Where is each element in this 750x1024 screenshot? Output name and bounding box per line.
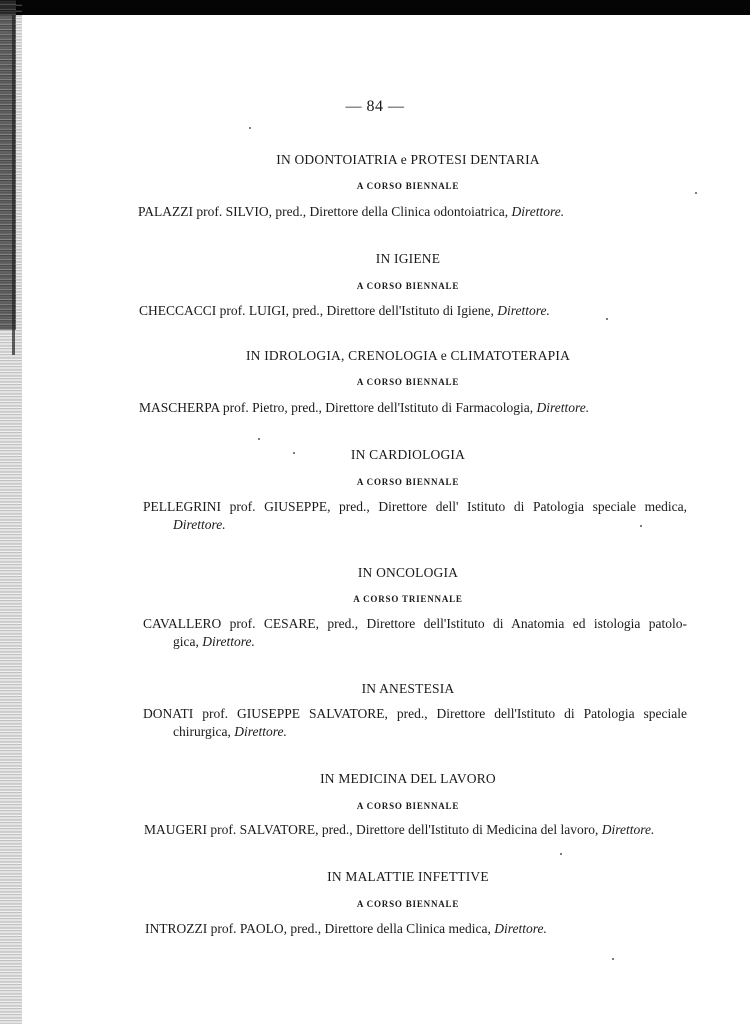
scanned-page: — 84 — IN ODONTOIATRIA e PROTESI DENTARI… — [0, 0, 750, 1024]
entry-role: Direttore. — [202, 634, 255, 649]
entry-role: Direttore. — [512, 204, 565, 219]
course-duration: A CORSO BIENNALE — [0, 899, 750, 909]
course-duration: A CORSO TRIENNALE — [0, 594, 750, 604]
course-duration: A CORSO BIENNALE — [0, 801, 750, 811]
entry-text-line2: Direttore. — [143, 516, 687, 534]
faculty-entry: MASCHERPA prof. Pietro, pred., Direttore… — [139, 399, 687, 417]
scan-speck — [606, 318, 608, 320]
scan-speck — [560, 853, 562, 855]
section-heading-cardiologia: IN CARDIOLOGIA — [0, 447, 750, 463]
scan-speck — [293, 452, 295, 454]
section-heading-odontoiatria: IN ODONTOIATRIA e PROTESI DENTARIA — [0, 152, 750, 168]
faculty-entry: CAVALLERO prof. CESARE, pred., Direttore… — [143, 615, 687, 651]
scan-top-border — [0, 0, 750, 15]
faculty-entry: MAUGERI prof. SALVATORE, pred., Direttor… — [144, 821, 704, 839]
entry-text-line1: PELLEGRINI prof. GIUSEPPE, pred., Dirett… — [143, 498, 687, 516]
course-duration: A CORSO BIENNALE — [0, 477, 750, 487]
entry-text-line1: CAVALLERO prof. CESARE, pred., Direttore… — [143, 615, 687, 633]
course-duration: A CORSO BIENNALE — [0, 281, 750, 291]
entry-text: INTROZZI prof. PAOLO, pred., Direttore d… — [145, 921, 491, 936]
entry-text-line2: gica, Direttore. — [143, 633, 687, 651]
entry-text: MASCHERPA prof. Pietro, pred., Direttore… — [139, 400, 533, 415]
entry-role: Direttore. — [497, 303, 550, 318]
faculty-entry: PALAZZI prof. SILVIO, pred., Direttore d… — [138, 203, 686, 221]
entry-role: Direttore. — [173, 517, 226, 532]
course-duration: A CORSO BIENNALE — [0, 181, 750, 191]
entry-role: Direttore. — [234, 724, 287, 739]
section-heading-igiene: IN IGIENE — [0, 251, 750, 267]
scan-speck — [695, 192, 697, 194]
entry-role: Direttore. — [494, 921, 547, 936]
course-duration: A CORSO BIENNALE — [0, 377, 750, 387]
entry-text: CHECCACCI prof. LUIGI, pred., Direttore … — [139, 303, 494, 318]
section-heading-anestesia: IN ANESTESIA — [0, 681, 750, 697]
entry-role: Direttore. — [602, 822, 655, 837]
entry-role: Direttore. — [537, 400, 590, 415]
scan-speck — [612, 958, 614, 960]
scan-speck — [640, 525, 642, 527]
faculty-entry: INTROZZI prof. PAOLO, pred., Direttore d… — [145, 920, 693, 938]
entry-text-line1: DONATI prof. GIUSEPPE SALVATORE, pred., … — [143, 705, 687, 723]
entry-text: MAUGERI prof. SALVATORE, pred., Direttor… — [144, 822, 598, 837]
section-heading-malattie-infettive: IN MALATTIE INFETTIVE — [0, 869, 750, 885]
faculty-entry: PELLEGRINI prof. GIUSEPPE, pred., Dirett… — [143, 498, 687, 534]
faculty-entry: DONATI prof. GIUSEPPE SALVATORE, pred., … — [143, 705, 687, 741]
section-heading-idrologia: IN IDROLOGIA, CRENOLOGIA e CLIMATOTERAPI… — [0, 348, 750, 364]
page-number: — 84 — — [0, 98, 750, 116]
entry-text-line2: chirurgica, Direttore. — [143, 723, 687, 741]
faculty-entry: CHECCACCI prof. LUIGI, pred., Direttore … — [139, 302, 687, 320]
scan-speck — [249, 127, 251, 129]
section-heading-medicina-lavoro: IN MEDICINA DEL LAVORO — [0, 771, 750, 787]
entry-text: PALAZZI prof. SILVIO, pred., Direttore d… — [138, 204, 508, 219]
section-heading-oncologia: IN ONCOLOGIA — [0, 565, 750, 581]
scan-speck — [258, 438, 260, 440]
